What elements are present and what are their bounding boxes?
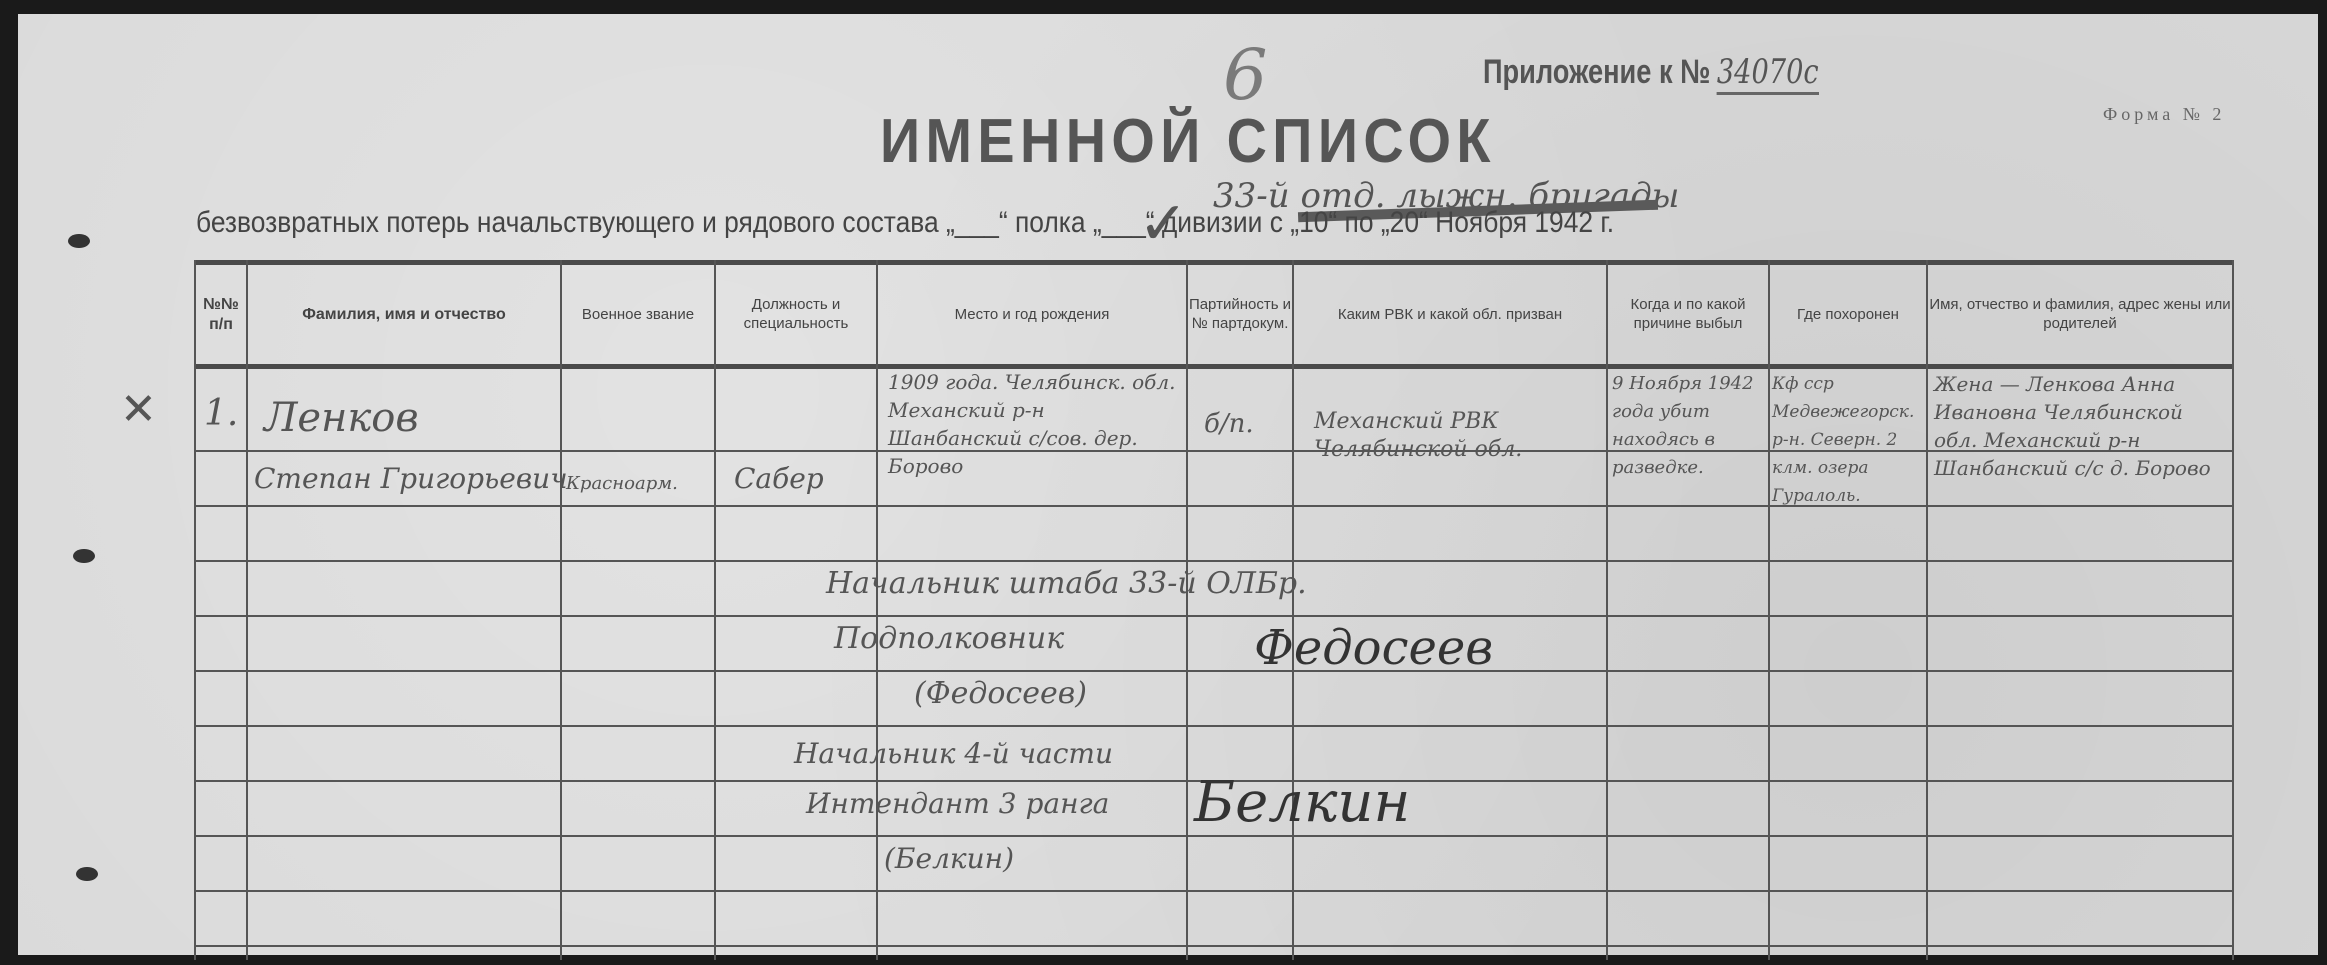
losses-table: №№ п/п Фамилия, имя и отчество Военное з…	[194, 260, 2234, 965]
row-line	[194, 670, 2234, 672]
col-line	[1768, 260, 1770, 960]
punch-hole	[68, 234, 90, 248]
row-line	[194, 890, 2234, 892]
row-buried: Кф сср Медвежегорск. р-н. Северн. 2 клм.…	[1772, 370, 1928, 510]
appendix-number: 34070с	[1717, 52, 1819, 95]
signer1-name: (Федосеев)	[914, 680, 1087, 708]
signer2-rank: Интендант 3 ранга	[806, 790, 1109, 818]
header-bottom-border	[194, 364, 2234, 369]
sheet-number: 6	[1223, 34, 1268, 116]
row-relatives: Жена — Ленкова Анна Ивановна Челябинской…	[1934, 370, 2232, 482]
row-number: 1.	[204, 400, 238, 428]
row-rvk: Механский РВК Челябинской обл.	[1314, 408, 1604, 464]
form-label: Форма № 2	[2103, 104, 2225, 125]
header-birth: Место и год рождения	[878, 270, 1186, 360]
document-title: ИМЕННОЙ СПИСОК	[880, 106, 1496, 177]
col-line	[714, 260, 716, 960]
row-line	[194, 505, 2234, 507]
cross-mark-icon: ✕	[120, 384, 157, 435]
document-subtitle: безвозвратных потерь начальствующего и р…	[196, 206, 1614, 240]
col-line	[2232, 260, 2234, 960]
col-line	[194, 260, 196, 960]
row-surname: Ленков	[264, 396, 419, 440]
header-rvk: Каким РВК и какой обл. призван	[1294, 270, 1606, 360]
col-line	[1606, 260, 1608, 960]
col-line	[1186, 260, 1188, 960]
col-line	[876, 260, 878, 960]
appendix-label: Приложение к №	[1483, 53, 1710, 91]
header-number: №№ п/п	[196, 270, 246, 360]
header-rank: Военное звание	[562, 270, 714, 360]
col-line	[246, 260, 248, 960]
signer2-title: Начальник 4-й части	[794, 740, 1113, 768]
signer1-signature: Федосеев	[1254, 620, 1493, 676]
header-full-name: Фамилия, имя и отчество	[248, 270, 560, 360]
row-line	[194, 835, 2234, 837]
header-buried: Где похоронен	[1770, 270, 1926, 360]
signer1-title: Начальник штаба 33-й ОЛБр.	[826, 570, 1307, 598]
col-line	[1926, 260, 1928, 960]
signer2-name: (Белкин)	[884, 845, 1014, 873]
row-line	[194, 615, 2234, 617]
document-sheet: 6 Приложение к №34070с Форма № 2 ИМЕННОЙ…	[18, 14, 2318, 955]
header-party: Партийность и № партдокум.	[1188, 270, 1292, 360]
row-line	[194, 945, 2234, 947]
punch-hole	[73, 549, 95, 563]
row-name-patronymic: Степан Григорьевич	[254, 465, 568, 493]
appendix-reference: Приложение к №34070с	[1483, 52, 1819, 92]
header-position: Должность и специальность	[716, 270, 876, 360]
row-birth: 1909 года. Челябинск. обл. Механский р-н…	[888, 368, 1184, 480]
header-left: Когда и по какой причине выбыл	[1608, 270, 1768, 360]
row-position: Сабер	[734, 465, 824, 493]
signer2-signature: Белкин	[1194, 770, 1410, 835]
table-top-border	[194, 260, 2234, 265]
header-relatives: Имя, отчество и фамилия, адрес жены или …	[1928, 270, 2232, 360]
row-rank: Красноарм.	[566, 470, 678, 498]
row-party: б/п.	[1204, 410, 1254, 438]
row-line	[194, 725, 2234, 727]
row-left: 9 Ноября 1942 года убит находясь в разве…	[1612, 370, 1768, 482]
punch-hole	[76, 867, 98, 881]
col-line	[560, 260, 562, 960]
signer1-rank: Подполковник	[834, 625, 1064, 653]
col-line	[1292, 260, 1294, 960]
checkmark-icon: ✓	[1138, 189, 1188, 259]
row-line	[194, 560, 2234, 562]
row-line	[194, 450, 2234, 452]
